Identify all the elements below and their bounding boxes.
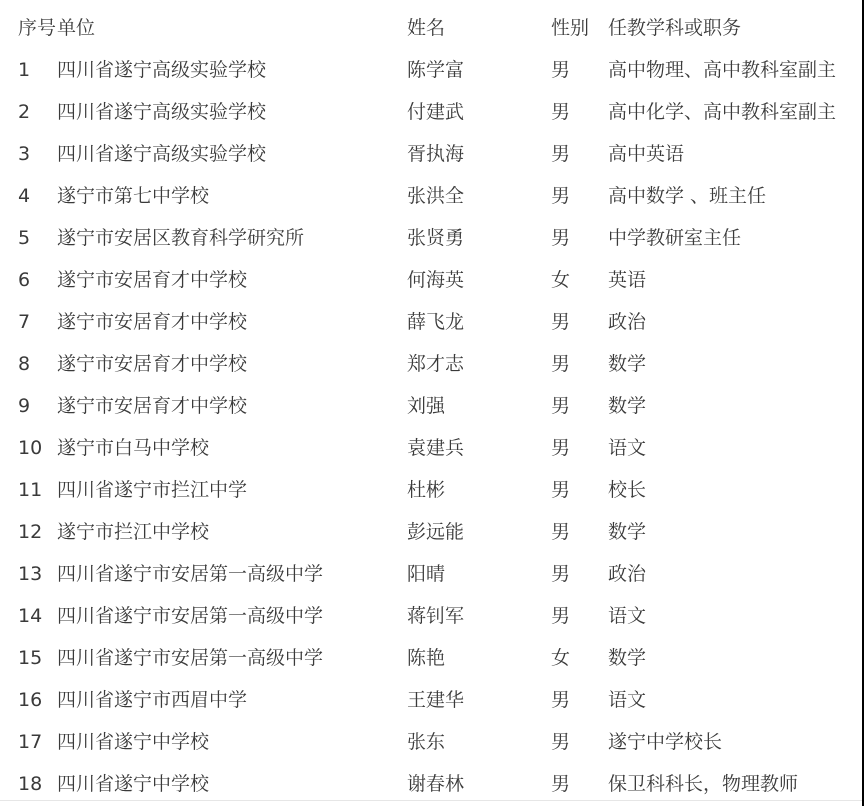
- cell-gender: 男: [551, 385, 608, 427]
- cell-no: 15: [0, 637, 57, 679]
- cell-no: 8: [0, 343, 57, 385]
- cell-no: 3: [0, 133, 57, 175]
- cell-gender: 男: [551, 427, 608, 469]
- cell-no: 14: [0, 595, 57, 637]
- cell-name: 郑才志: [407, 343, 551, 385]
- cell-no: 2: [0, 91, 57, 133]
- cell-name: 张洪全: [407, 175, 551, 217]
- cell-no: 1: [0, 49, 57, 91]
- cell-no: 4: [0, 175, 57, 217]
- cell-no: 17: [0, 721, 57, 763]
- cell-gender: 男: [551, 49, 608, 91]
- table-row: 10 遂宁市白马中学校 袁建兵 男 语文: [0, 427, 862, 469]
- cell-gender: 男: [551, 721, 608, 763]
- cell-unit: 遂宁市安居育才中学校: [57, 301, 407, 343]
- cell-no: 12: [0, 511, 57, 553]
- cell-role: 数学: [608, 637, 862, 679]
- header-no: 序号: [0, 7, 57, 49]
- cell-unit: 遂宁市第七中学校: [57, 175, 407, 217]
- cell-unit: 四川省遂宁高级实验学校: [57, 49, 407, 91]
- cell-role: 高中化学、高中教科室副主: [608, 91, 862, 133]
- cell-gender: 女: [551, 637, 608, 679]
- table-row: 12 遂宁市拦江中学校 彭远能 男 数学: [0, 511, 862, 553]
- cell-gender: 男: [551, 511, 608, 553]
- cell-name: 付建武: [407, 91, 551, 133]
- cell-name: 陈学富: [407, 49, 551, 91]
- table-row: 17 四川省遂宁中学校 张东 男 遂宁中学校长: [0, 721, 862, 763]
- cell-gender: 男: [551, 679, 608, 721]
- table-row: 8 遂宁市安居育才中学校 郑才志 男 数学: [0, 343, 862, 385]
- cell-gender: 男: [551, 469, 608, 511]
- table-row: 6 遂宁市安居育才中学校 何海英 女 英语: [0, 259, 862, 301]
- cell-role: 政治: [608, 301, 862, 343]
- header-name: 姓名: [407, 7, 551, 49]
- cell-name: 陈艳: [407, 637, 551, 679]
- document-page: 序号 单位 姓名 性别 任教学科或职务 1 四川省遂宁高级实验学校 陈学富 男 …: [0, 0, 862, 806]
- header-role: 任教学科或职务: [608, 7, 862, 49]
- cell-name: 杜彬: [407, 469, 551, 511]
- header-gender: 性别: [551, 7, 608, 49]
- table-row: 18 四川省遂宁中学校 谢春林 男 保卫科科长，物理教师: [0, 763, 862, 805]
- cell-no: 18: [0, 763, 57, 805]
- table-row: 13 四川省遂宁市安居第一高级中学 阳晴 男 政治: [0, 553, 862, 595]
- cell-role: 语文: [608, 595, 862, 637]
- cell-name: 王建华: [407, 679, 551, 721]
- table-row: 14 四川省遂宁市安居第一高级中学 蒋钊军 男 语文: [0, 595, 862, 637]
- table-row: 15 四川省遂宁市安居第一高级中学 陈艳 女 数学: [0, 637, 862, 679]
- cell-role: 数学: [608, 511, 862, 553]
- table-row: 2 四川省遂宁高级实验学校 付建武 男 高中化学、高中教科室副主: [0, 91, 862, 133]
- cell-name: 刘强: [407, 385, 551, 427]
- table-row: 1 四川省遂宁高级实验学校 陈学富 男 高中物理、高中教科室副主: [0, 49, 862, 91]
- table-row: 4 遂宁市第七中学校 张洪全 男 高中数学 、班主任: [0, 175, 862, 217]
- cell-gender: 男: [551, 763, 608, 805]
- cell-role: 英语: [608, 259, 862, 301]
- header-unit: 单位: [57, 7, 407, 49]
- cell-gender: 男: [551, 343, 608, 385]
- teacher-roster-table: 序号 单位 姓名 性别 任教学科或职务 1 四川省遂宁高级实验学校 陈学富 男 …: [0, 7, 862, 805]
- cell-gender: 男: [551, 595, 608, 637]
- cell-role: 语文: [608, 679, 862, 721]
- cell-no: 9: [0, 385, 57, 427]
- cell-name: 蒋钊军: [407, 595, 551, 637]
- cell-name: 张贤勇: [407, 217, 551, 259]
- cell-role: 高中物理、高中教科室副主: [608, 49, 862, 91]
- cell-no: 11: [0, 469, 57, 511]
- cell-no: 13: [0, 553, 57, 595]
- cell-unit: 四川省遂宁市安居第一高级中学: [57, 595, 407, 637]
- cell-no: 7: [0, 301, 57, 343]
- table-row: 11 四川省遂宁市拦江中学 杜彬 男 校长: [0, 469, 862, 511]
- cell-role: 政治: [608, 553, 862, 595]
- table-row: 5 遂宁市安居区教育科学研究所 张贤勇 男 中学教研室主任: [0, 217, 862, 259]
- cell-name: 谢春林: [407, 763, 551, 805]
- cell-no: 10: [0, 427, 57, 469]
- cell-role: 数学: [608, 343, 862, 385]
- cell-gender: 男: [551, 553, 608, 595]
- cell-name: 阳晴: [407, 553, 551, 595]
- cell-gender: 女: [551, 259, 608, 301]
- cell-name: 胥执海: [407, 133, 551, 175]
- cell-role: 高中数学 、班主任: [608, 175, 862, 217]
- cell-name: 袁建兵: [407, 427, 551, 469]
- cell-unit: 四川省遂宁市西眉中学: [57, 679, 407, 721]
- cell-unit: 四川省遂宁高级实验学校: [57, 133, 407, 175]
- cell-no: 6: [0, 259, 57, 301]
- cell-role: 数学: [608, 385, 862, 427]
- cell-unit: 四川省遂宁中学校: [57, 721, 407, 763]
- table-row: 3 四川省遂宁高级实验学校 胥执海 男 高中英语: [0, 133, 862, 175]
- cell-unit: 遂宁市安居区教育科学研究所: [57, 217, 407, 259]
- cell-unit: 遂宁市安居育才中学校: [57, 343, 407, 385]
- table-row: 16 四川省遂宁市西眉中学 王建华 男 语文: [0, 679, 862, 721]
- table-row: 9 遂宁市安居育才中学校 刘强 男 数学: [0, 385, 862, 427]
- cell-name: 张东: [407, 721, 551, 763]
- cell-unit: 四川省遂宁中学校: [57, 763, 407, 805]
- cell-unit: 四川省遂宁市拦江中学: [57, 469, 407, 511]
- cell-unit: 遂宁市拦江中学校: [57, 511, 407, 553]
- cell-name: 彭远能: [407, 511, 551, 553]
- cell-role: 校长: [608, 469, 862, 511]
- cell-role: 中学教研室主任: [608, 217, 862, 259]
- table-row: 7 遂宁市安居育才中学校 薛飞龙 男 政治: [0, 301, 862, 343]
- cell-role: 语文: [608, 427, 862, 469]
- cell-gender: 男: [551, 133, 608, 175]
- cell-unit: 遂宁市安居育才中学校: [57, 385, 407, 427]
- bottom-divider: [0, 800, 862, 801]
- cell-no: 16: [0, 679, 57, 721]
- table-header-row: 序号 单位 姓名 性别 任教学科或职务: [0, 7, 862, 49]
- cell-unit: 遂宁市白马中学校: [57, 427, 407, 469]
- cell-role: 遂宁中学校长: [608, 721, 862, 763]
- cell-name: 薛飞龙: [407, 301, 551, 343]
- cell-unit: 四川省遂宁高级实验学校: [57, 91, 407, 133]
- cell-role: 高中英语: [608, 133, 862, 175]
- cell-no: 5: [0, 217, 57, 259]
- cell-unit: 四川省遂宁市安居第一高级中学: [57, 553, 407, 595]
- cell-unit: 遂宁市安居育才中学校: [57, 259, 407, 301]
- cell-gender: 男: [551, 217, 608, 259]
- cell-gender: 男: [551, 301, 608, 343]
- cell-role: 保卫科科长，物理教师: [608, 763, 862, 805]
- cell-unit: 四川省遂宁市安居第一高级中学: [57, 637, 407, 679]
- cell-gender: 男: [551, 91, 608, 133]
- cell-gender: 男: [551, 175, 608, 217]
- cell-name: 何海英: [407, 259, 551, 301]
